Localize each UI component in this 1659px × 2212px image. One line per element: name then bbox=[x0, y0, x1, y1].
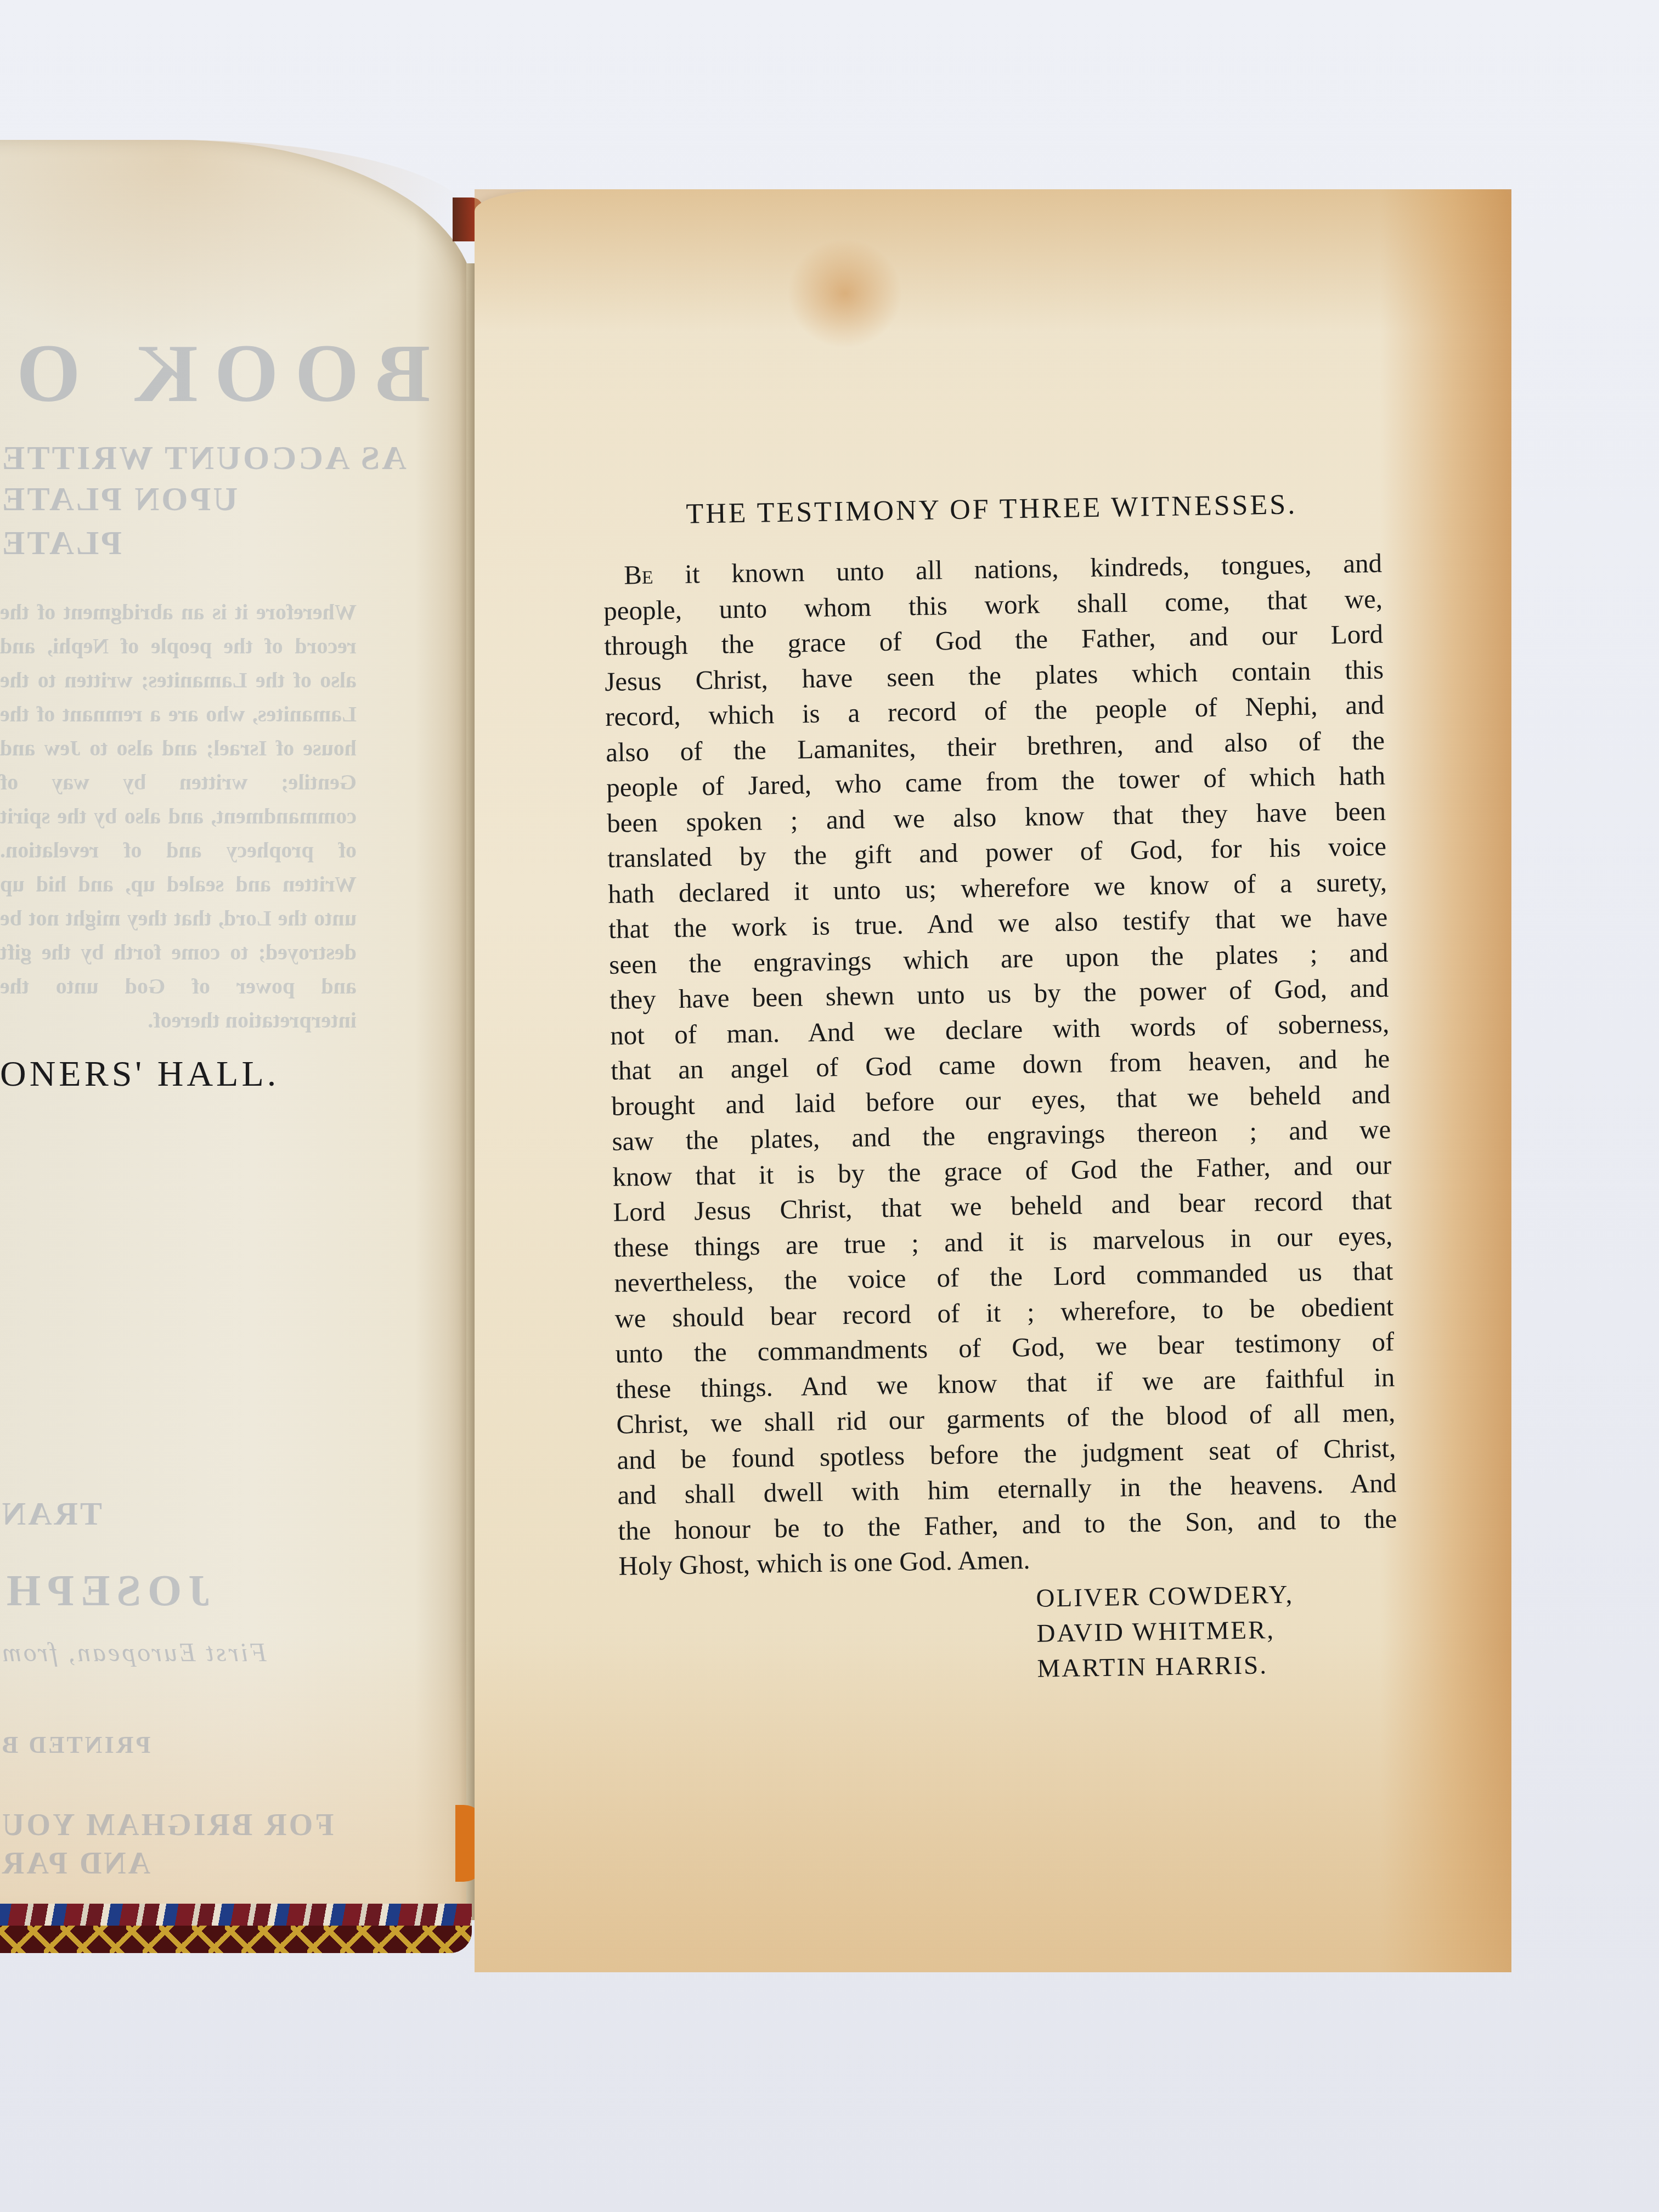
gilt-chevron-tooling bbox=[0, 1926, 472, 1953]
bleed-through-line: UPON PLATE bbox=[0, 480, 238, 519]
right-page: THE TESTIMONY OF THREE WITNESSES. Be it … bbox=[475, 189, 1511, 1972]
bleed-through-line: First European, from bbox=[0, 1638, 267, 1668]
bleed-through-title: BOOK O bbox=[0, 326, 430, 421]
testimony-text-block: THE TESTIMONY OF THREE WITNESSES. Be it … bbox=[602, 487, 1400, 1693]
book-binding-edge bbox=[0, 1904, 472, 1953]
signature-oliver-cowdery: OLIVER COWDERY, bbox=[1036, 1575, 1398, 1616]
bleed-through-line: TRAN bbox=[0, 1495, 102, 1533]
marbled-edge bbox=[0, 1904, 472, 1926]
right-page-top-stain bbox=[475, 189, 1511, 332]
bleed-through-line: AND PAR bbox=[0, 1846, 150, 1881]
bleed-through-line: JOSEPH bbox=[0, 1566, 210, 1616]
witness-signatures: OLIVER COWDERY, DAVID WHITMER, MARTIN HA… bbox=[1036, 1575, 1400, 1686]
bleed-through-line: AS ACCOUNT WRITTE bbox=[0, 439, 407, 478]
bleed-through-line: FOR BRIGHAM YOU bbox=[0, 1808, 334, 1843]
bleed-through-line: PRINTED B bbox=[0, 1731, 150, 1759]
bleed-through-line: PLATE bbox=[0, 524, 122, 563]
signature-david-whitmer: DAVID WHITMER, bbox=[1036, 1610, 1399, 1651]
dropcap-word: Be bbox=[624, 560, 653, 590]
bleed-through-paragraph: Wherefore it is an abridgment of the rec… bbox=[0, 595, 357, 1037]
left-page-heading-fragment: ONERS' HALL. bbox=[0, 1053, 279, 1095]
signature-martin-harris: MARTIN HARRIS. bbox=[1037, 1645, 1400, 1686]
right-page-bottom-stain bbox=[475, 1643, 1511, 1972]
left-page: BOOK O AS ACCOUNT WRITTE UPON PLATE PLAT… bbox=[0, 140, 475, 1912]
page-title: THE TESTIMONY OF THREE WITNESSES. bbox=[602, 487, 1381, 532]
testimony-body: Be it known unto all nations, kindreds, … bbox=[603, 546, 1398, 1584]
right-page-spot-stain bbox=[787, 239, 902, 348]
left-page-top-stain bbox=[0, 140, 475, 348]
